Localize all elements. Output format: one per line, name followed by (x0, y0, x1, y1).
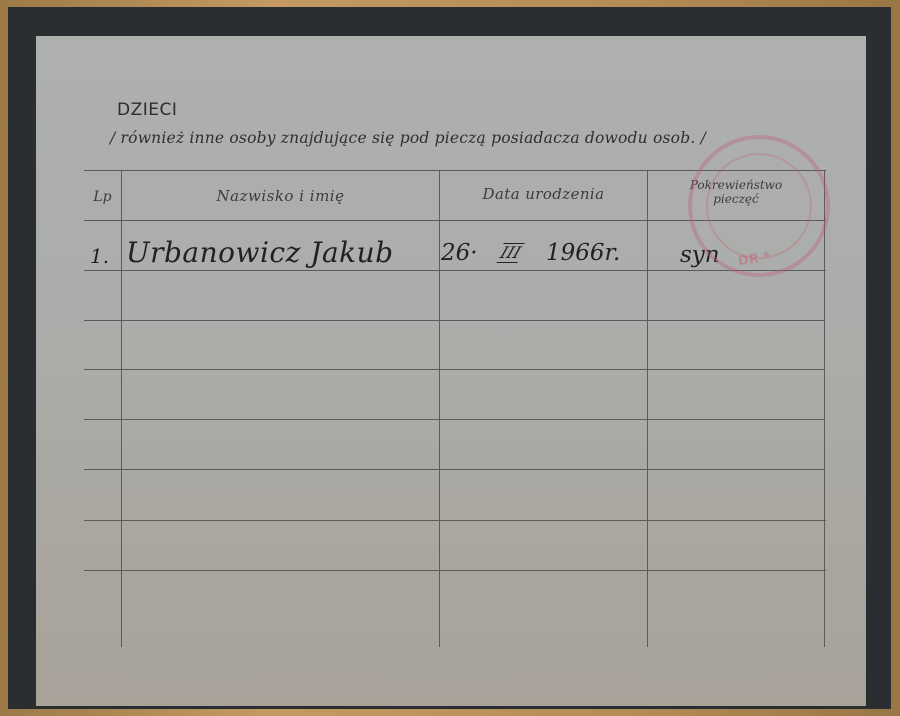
official-stamp: DR * (688, 135, 830, 277)
table-row-divider (84, 469, 825, 470)
table-row-divider (84, 570, 826, 571)
table-row-divider (84, 270, 826, 271)
column-header-date: Data urodzenia (440, 185, 647, 203)
column-divider-lp (121, 170, 122, 647)
row-1-date-day: 26· (441, 240, 478, 266)
column-header-name: Nazwisko i imię (122, 187, 439, 205)
page-subtitle: / również inne osoby znajdujące się pod … (110, 129, 706, 147)
stamp-inner-ring (706, 153, 812, 259)
row-1-date-year: 1966r. (546, 240, 620, 266)
column-divider-right (824, 170, 825, 647)
table-row-divider (84, 320, 825, 321)
stamp-text: DR * (737, 250, 771, 269)
table-row-divider (84, 419, 825, 420)
table-row-divider (84, 369, 825, 370)
column-divider-date (647, 170, 648, 647)
column-header-lp: Lp (84, 189, 121, 205)
row-1-lp: 1. (90, 244, 109, 268)
column-divider-name (439, 170, 440, 647)
page-title: DZIECI (117, 100, 177, 120)
row-1-name: Urbanowicz Jakub (126, 236, 394, 269)
table-row-divider (84, 520, 826, 521)
